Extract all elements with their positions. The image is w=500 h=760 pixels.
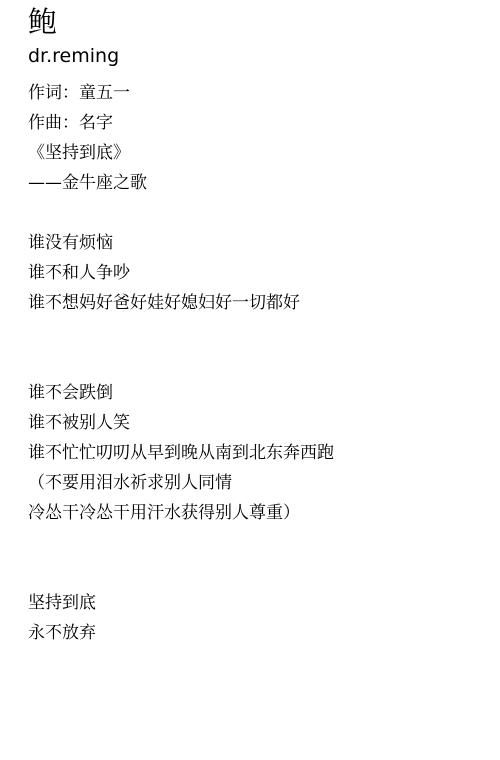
lyric-line: 谁不和人争吵	[28, 258, 480, 288]
lyric-line: 永不放弃	[28, 618, 480, 648]
lyric-line: ——金牛座之歌	[28, 168, 480, 198]
lyric-line: 作词：童五一	[28, 78, 480, 108]
lyric-line: 谁不想妈好爸好娃好媳妇好一切都好	[28, 288, 480, 318]
lyric-line: （不要用泪水祈求别人同情	[28, 468, 480, 498]
lyric-line: 谁不会跌倒	[28, 378, 480, 408]
lyric-line-blank	[28, 198, 480, 228]
lyric-line: 谁没有烦恼	[28, 228, 480, 258]
lyric-line: 冷怂干冷怂干用汗水获得别人尊重）	[28, 498, 480, 528]
song-title: 鲍	[28, 4, 480, 40]
lyrics-page: 鲍 dr.reming 作词：童五一 作曲：名字 《坚持到底》 ——金牛座之歌 …	[0, 0, 500, 648]
lyric-line-blank	[28, 558, 480, 588]
lyrics-body: 作词：童五一 作曲：名字 《坚持到底》 ——金牛座之歌 谁没有烦恼 谁不和人争吵…	[28, 78, 480, 648]
lyric-line-blank	[28, 318, 480, 348]
lyric-line: 《坚持到底》	[28, 138, 480, 168]
lyric-line: 坚持到底	[28, 588, 480, 618]
lyric-line-blank	[28, 348, 480, 378]
lyric-line: 作曲：名字	[28, 108, 480, 138]
lyric-line: 谁不被别人笑	[28, 408, 480, 438]
lyric-line-blank	[28, 528, 480, 558]
artist-name: dr.reming	[28, 44, 480, 68]
lyric-line: 谁不忙忙叨叨从早到晚从南到北东奔西跑	[28, 438, 480, 468]
